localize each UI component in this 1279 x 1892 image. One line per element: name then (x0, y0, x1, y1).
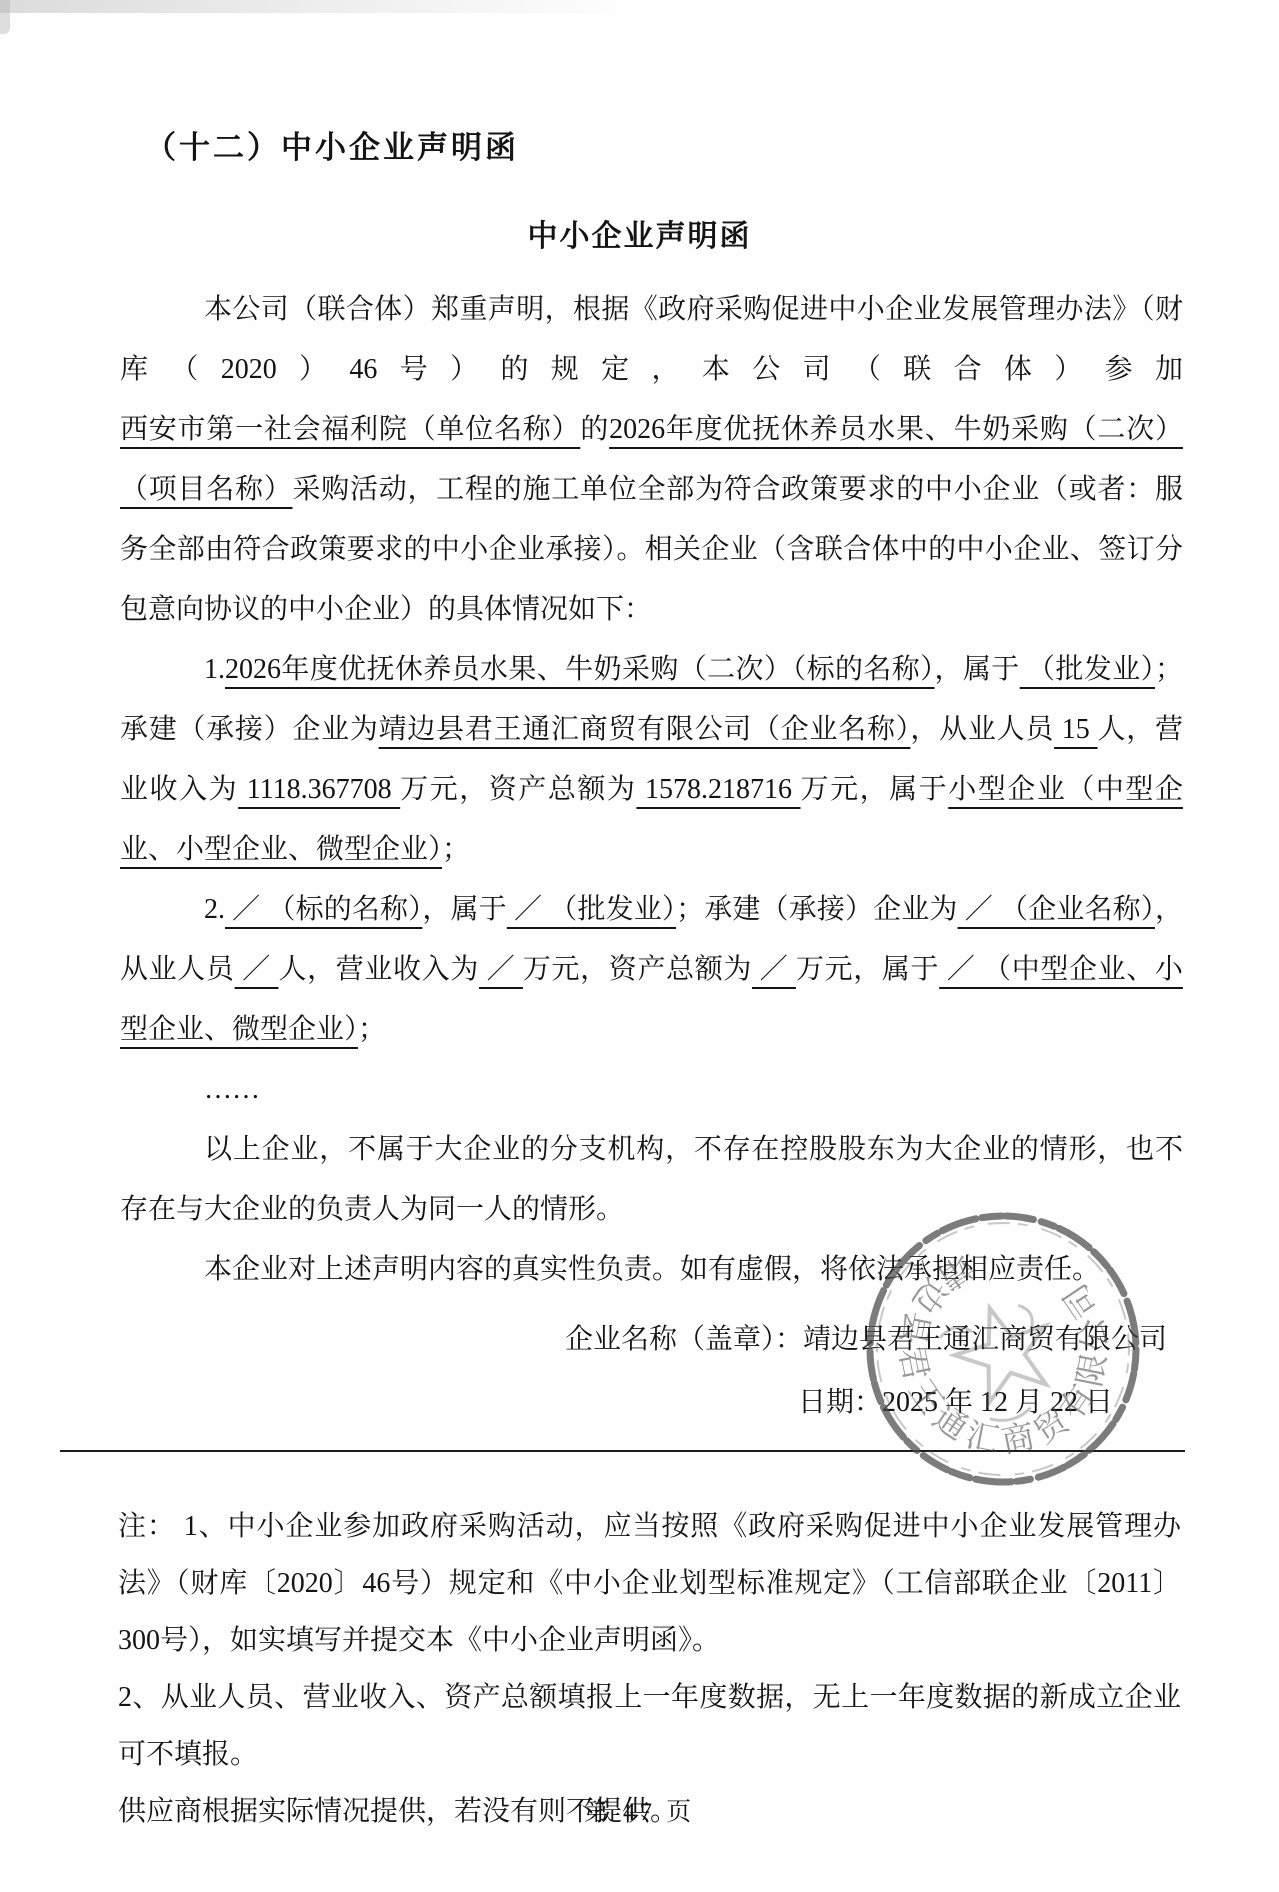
note-item: 2、从业人员、营业收入、资产总额填报上一年度数据，无上一年度数据的新成立企业可不… (118, 1669, 1181, 1783)
text-segment: 万元，资产总额为 (523, 954, 752, 985)
fill-in-value: 1118.367708 (238, 774, 400, 805)
paragraph-intro: 本公司（联合体）郑重声明，根据《政府采购促进中小企业发展管理办法》（财库（202… (120, 280, 1183, 640)
notes-section: 注： 1、中小企业参加政府采购活动，应当按照《政府采购促进中小企业发展管理办法》… (118, 1498, 1181, 1840)
fill-in-value: ／ （企业名称） (958, 894, 1155, 925)
fill-in-value: ／ (479, 954, 523, 985)
text-segment: 人，营业收入为 (278, 954, 478, 985)
scan-artifact (0, 0, 660, 13)
signature-company-line: 企业名称（盖章）：靖边县君王通汇商贸有限公司 (120, 1308, 1167, 1371)
text-segment: 万元，属于 (801, 774, 949, 805)
paragraph-ellipsis: …… (120, 1060, 1183, 1120)
paragraph-item-2: 2. ／ （标的名称），属于 ／ （批发业）；承建（承接）企业为 ／ （企业名称… (120, 880, 1183, 1060)
page-footer: 第 47 页 (0, 1792, 1279, 1828)
text-segment: 本企业对上述声明内容的真实性负责。如有虚假，将依法承担相应责任。 (204, 1254, 1100, 1285)
signature-date-line: 日期：2025 年 12 月 22 日 (120, 1371, 1113, 1434)
text-segment: 的 (580, 414, 609, 445)
text-segment: 本公司（联合体）郑重声明，根据《政府采购促进中小企业发展管理办法》（财库（202… (120, 294, 1183, 385)
text-segment: ； (358, 1014, 386, 1045)
text-segment: ； (442, 834, 470, 865)
fill-in-value: 西安市第一社会福利院（单位名称） (120, 414, 580, 445)
page-title: 中小企业声明函 (0, 216, 1279, 258)
text-segment: …… (204, 1074, 260, 1105)
scan-artifact (0, 0, 10, 34)
fill-in-value: 2026年度优抚休养员水果、牛奶采购（二次）（标的名称） (225, 654, 935, 685)
text-segment: 万元，属于 (796, 954, 939, 985)
fill-in-value: ／ （标的名称） (225, 894, 422, 925)
note-item: 注： 1、中小企业参加政府采购活动，应当按照《政府采购促进中小企业发展管理办法》… (118, 1498, 1181, 1669)
declaration-body: 本公司（联合体）郑重声明，根据《政府采购促进中小企业发展管理办法》（财库（202… (120, 280, 1183, 1300)
text-segment: 1. (204, 654, 225, 685)
fill-in-value: （批发业） (1020, 654, 1155, 685)
fill-in-value: ／ (752, 954, 796, 985)
paragraph-item-1: 1.2026年度优抚休养员水果、牛奶采购（二次）（标的名称），属于 （批发业）；… (120, 640, 1183, 880)
text-segment: ，从业人员 (910, 714, 1054, 745)
page-number: 第 47 页 (584, 1799, 696, 1826)
paragraph-no-large-enterprise: 以上企业，不属于大企业的分支机构，不存在控股股东为大企业的情形，也不存在与大企业… (120, 1120, 1183, 1240)
separator-line (60, 1450, 1185, 1452)
fill-in-value: ／ (235, 954, 279, 985)
fill-in-value: 15 (1054, 714, 1097, 745)
text-segment: ；承建（承接）企业为 (676, 894, 958, 925)
fill-in-value: 1578.218716 (636, 774, 800, 805)
paragraph-responsibility: 本企业对上述声明内容的真实性负责。如有虚假，将依法承担相应责任。 (120, 1240, 1183, 1300)
document-page: （十二）中小企业声明函 中小企业声明函 本公司（联合体）郑重声明，根据《政府采购… (0, 0, 1279, 1892)
fill-in-value: 靖边县君王通汇商贸有限公司（企业名称） (379, 714, 911, 745)
fill-in-value: ／ （批发业） (507, 894, 676, 925)
text-segment: 2. (204, 894, 225, 925)
text-segment: 以上企业，不属于大企业的分支机构，不存在控股股东为大企业的情形，也不存在与大企业… (120, 1134, 1183, 1225)
text-segment: ，属于 (422, 894, 506, 925)
text-segment: 万元，资产总额为 (400, 774, 636, 805)
section-heading: （十二）中小企业声明函 (145, 126, 1279, 170)
text-segment: ，属于 (935, 654, 1020, 685)
signature-block: 企业名称（盖章）：靖边县君王通汇商贸有限公司 日期：2025 年 12 月 22… (120, 1308, 1183, 1434)
